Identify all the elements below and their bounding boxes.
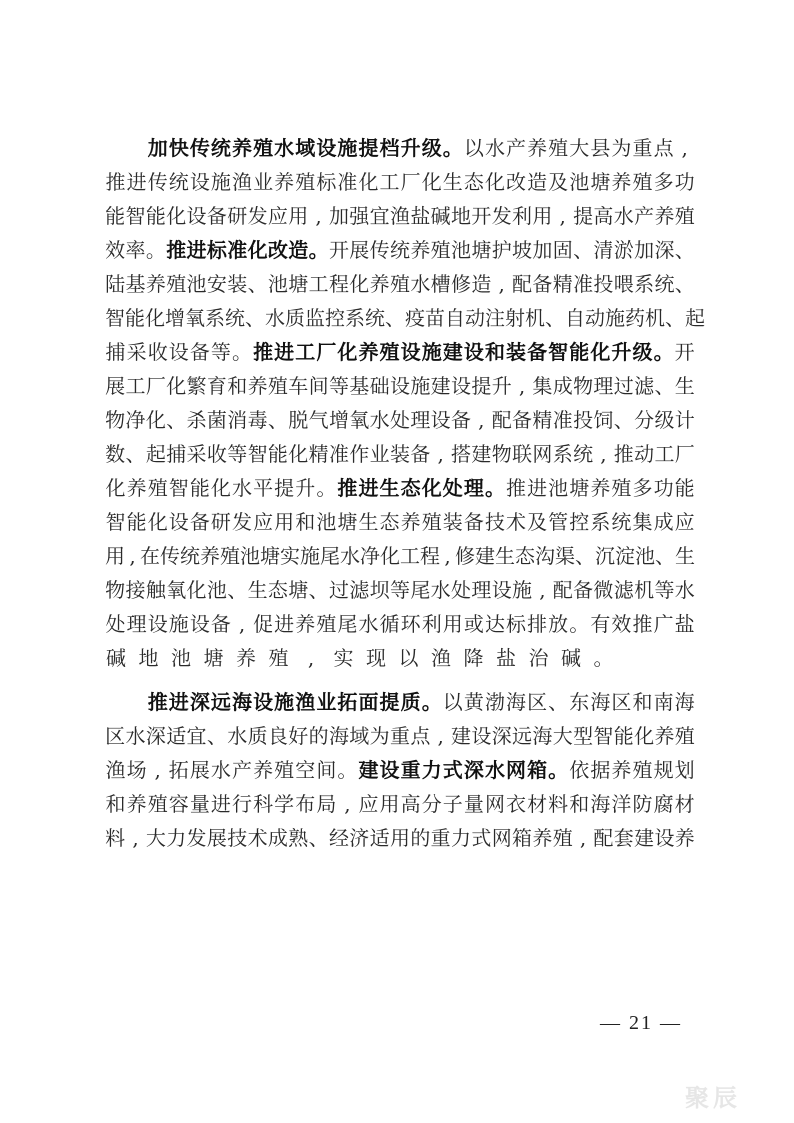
text-line: 智能化设备研发应用和池塘生态养殖装备技术及管控系统集成应 [105, 505, 695, 539]
text-line: 化养殖智能化水平提升。推进生态化处理。推进池塘养殖多功能 [105, 471, 695, 505]
document-page: 加快传统养殖水域设施提档升级。以水产养殖大县为重点,推进传统设施渔业养殖标准化工… [0, 0, 794, 1123]
text-line: 加快传统养殖水域设施提档升级。以水产养殖大县为重点, [105, 131, 695, 165]
page-number: — 21 — [600, 1012, 682, 1035]
text-line: 数、起捕采收等智能化精准作业装备,搭建物联网系统,推动工厂 [105, 437, 695, 471]
text-line: 捕采收设备等。推进工厂化养殖设施建设和装备智能化升级。开 [105, 335, 695, 369]
text-line: 陆基养殖池安装、池塘工程化养殖水槽修造,配备精准投喂系统、 [105, 267, 695, 301]
text-line: 料,大力发展技术成熟、经济适用的重力式网箱养殖,配套建设养 [105, 821, 695, 855]
paragraph-gap [105, 675, 695, 685]
text-line: 处理设施设备,促进养殖尾水循环利用或达标排放。有效推广盐 [105, 607, 695, 641]
body-text: 加快传统养殖水域设施提档升级。以水产养殖大县为重点,推进传统设施渔业养殖标准化工… [105, 131, 695, 855]
text-line: 能智能化设备研发应用,加强宜渔盐碱地开发利用,提高水产养殖 [105, 199, 695, 233]
text-line: 碱地池塘养殖,实现以渔降盐治碱。 [105, 641, 695, 675]
text-line: 渔场,拓展水产养殖空间。建设重力式深水网箱。依据养殖规划 [105, 753, 695, 787]
text-line: 区水深适宜、水质良好的海域为重点,建设深远海大型智能化养殖 [105, 719, 695, 753]
text-line: 展工厂化繁育和养殖车间等基础设施建设提升,集成物理过滤、生 [105, 369, 695, 403]
text-line: 物净化、杀菌消毒、脱气增氧水处理设备,配备精准投饲、分级计 [105, 403, 695, 437]
watermark-logo: 聚辰 [685, 1078, 770, 1108]
text-line: 推进传统设施渔业养殖标准化工厂化生态化改造及池塘养殖多功 [105, 165, 695, 199]
text-line: 用,在传统养殖池塘实施尾水净化工程,修建生态沟渠、沉淀池、生 [105, 539, 695, 573]
text-line: 智能化增氧系统、水质监控系统、疫苗自动注射机、自动施药机、起 [105, 301, 695, 335]
text-line: 物接触氧化池、生态塘、过滤坝等尾水处理设施,配备微滤机等水 [105, 573, 695, 607]
text-line: 推进深远海设施渔业拓面提质。以黄渤海区、东海区和南海 [105, 685, 695, 719]
text-line: 效率。推进标准化改造。开展传统养殖池塘护坡加固、清淤加深、 [105, 233, 695, 267]
text-line: 和养殖容量进行科学布局,应用高分子量网衣材料和海洋防腐材 [105, 787, 695, 821]
